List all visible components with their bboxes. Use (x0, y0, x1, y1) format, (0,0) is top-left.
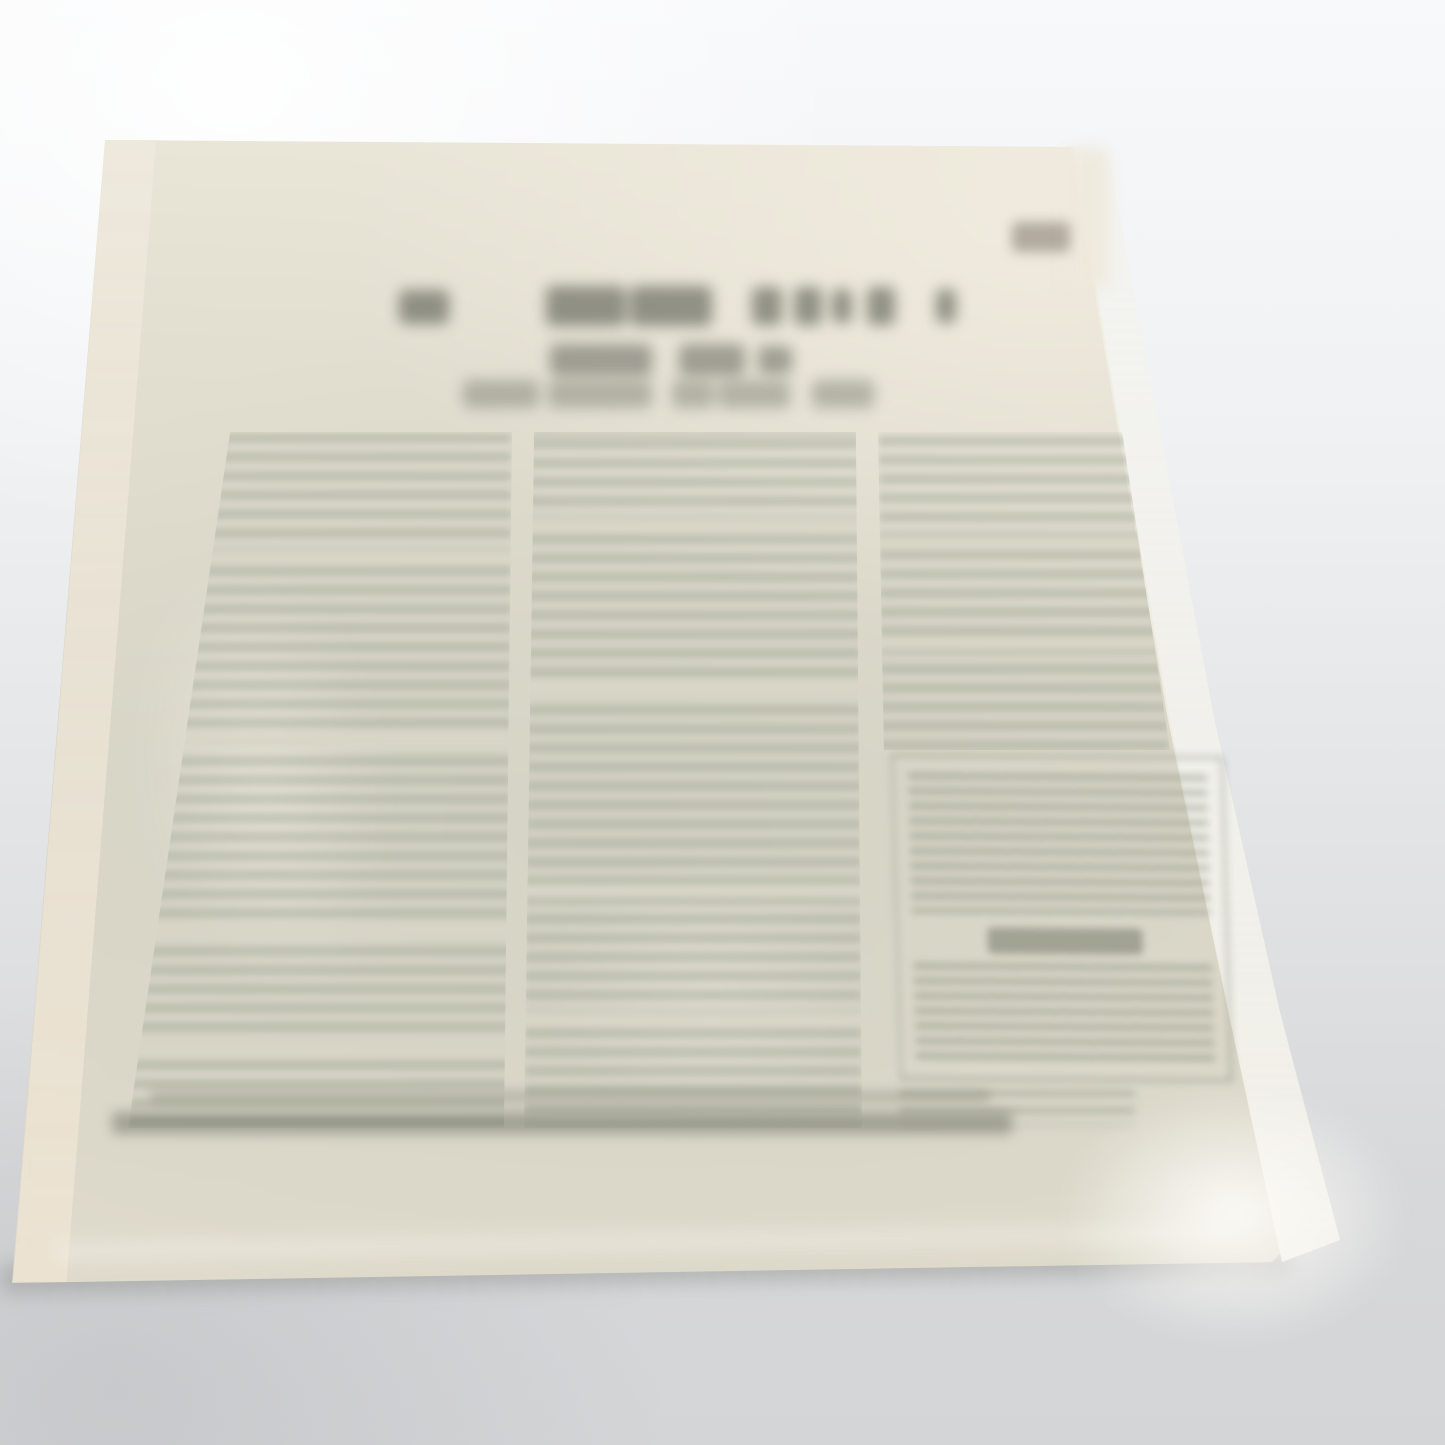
liner-notes-column-3 (878, 432, 1170, 750)
title-word-blob (752, 287, 782, 325)
photo-of-record-sleeve (0, 0, 1445, 1445)
title-word-blob (936, 289, 956, 323)
title-word-blob (630, 286, 712, 326)
info-box-heading-blurred (987, 927, 1143, 954)
paragraph-gap (863, 536, 1184, 550)
title-word-blob (399, 290, 449, 324)
paragraph-gap (507, 518, 879, 532)
catalog-number-mark (1012, 222, 1070, 252)
title-word-blob (463, 380, 539, 408)
title-word-blob (832, 289, 852, 323)
title-word-blob (867, 287, 895, 325)
shrinkwrap-corner-flap (1066, 148, 1108, 286)
paragraph-gap (507, 1012, 879, 1024)
paragraph-gap (109, 924, 531, 938)
title-word-blob (718, 380, 790, 408)
paragraph-gap (863, 638, 1184, 650)
title-word-blob (794, 287, 822, 325)
shrinkwrap-corner-reflection (1060, 1085, 1410, 1345)
title-word-blob (679, 344, 745, 376)
paragraph-gap (109, 1042, 531, 1054)
title-word-blob (550, 344, 652, 376)
info-box (890, 754, 1232, 1082)
footer-credit-line-blurred (112, 1112, 1012, 1134)
title-word-blob (546, 286, 626, 326)
title-word-blob (672, 380, 714, 408)
title-word-blob (812, 380, 874, 408)
liner-notes-column-2 (524, 432, 862, 1128)
paragraph-gap (507, 680, 879, 696)
title-word-blob (758, 346, 792, 374)
paragraph-gap (507, 884, 879, 898)
footer-credit-line-blurred (150, 1090, 990, 1103)
album-title-line-1-blurred (0, 286, 1445, 326)
album-title-line-2-blurred (0, 344, 1445, 376)
album-title-line-3-blurred (0, 380, 1445, 410)
info-box-text-blurred (908, 773, 1211, 915)
info-box-text-blurred (913, 963, 1215, 1067)
title-word-blob (548, 380, 652, 408)
